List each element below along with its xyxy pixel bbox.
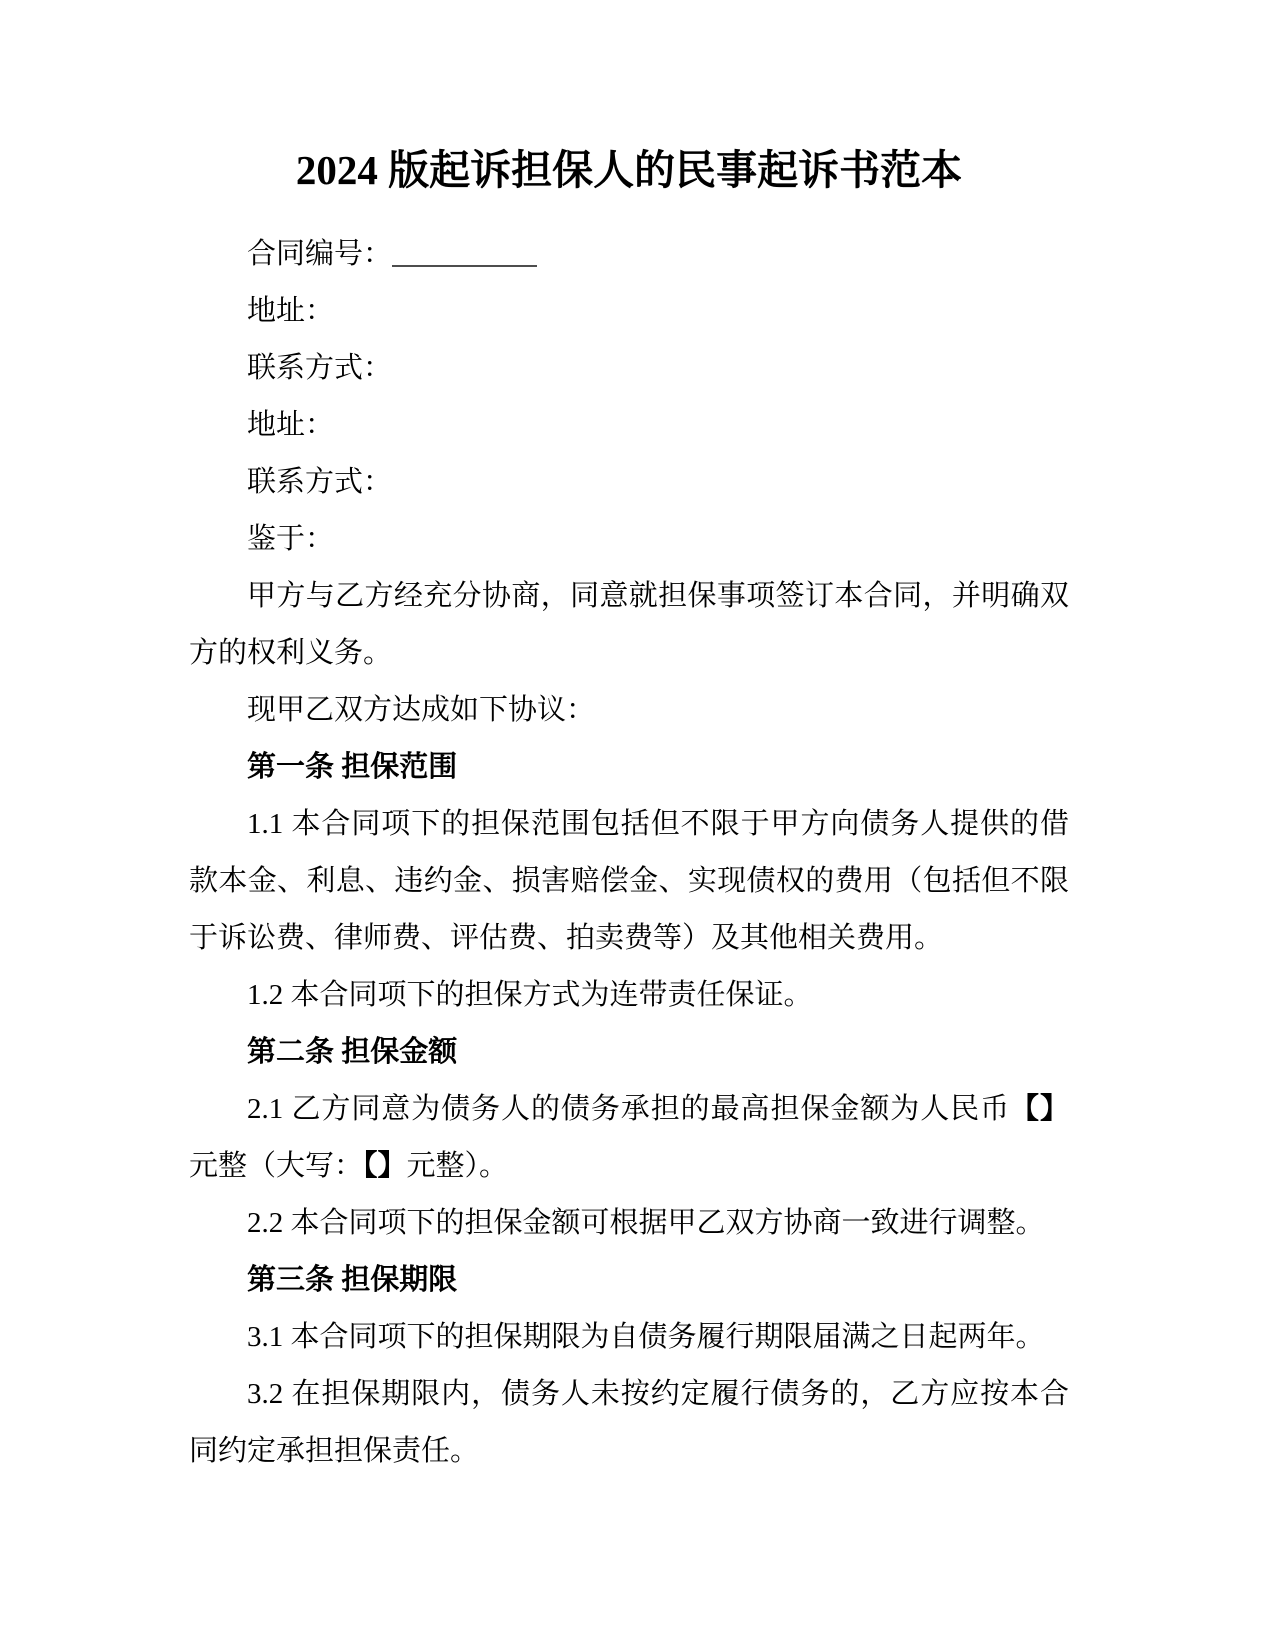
whereas-label: 鉴于：: [189, 511, 1069, 568]
text-run: 地址：: [247, 409, 334, 441]
clause-3-1: 3.1 本合同项下的担保期限为自债务履行期限届满之日起两年。: [189, 1309, 1069, 1366]
text-run: 合同编号：: [247, 238, 392, 270]
text-run: 2.2 本合同项下的担保金额可根据甲乙双方协商一致进行调整。: [247, 1207, 1045, 1239]
article-2-heading: 第二条 担保金额: [189, 1024, 1069, 1081]
text-run: 现甲乙双方达成如下协议：: [247, 694, 595, 726]
text-run: 【】: [363, 1150, 407, 1182]
text-run: 3.1 本合同项下的担保期限为自债务履行期限届满之日起两年。: [247, 1321, 1045, 1353]
article-3-heading: 第三条 担保期限: [189, 1252, 1069, 1309]
address-field-1: 地址：: [189, 283, 1069, 340]
preamble-paragraph: 甲方与乙方经充分协商，同意就担保事项签订本合同，并明确双方的权利义务。: [189, 568, 1069, 682]
document-page: 2024 版起诉担保人的民事起诉书范本 合同编号：地址：联系方式：地址：联系方式…: [0, 0, 1275, 1650]
clause-1-1: 1.1 本合同项下的担保范围包括但不限于甲方向债务人提供的借款本金、利息、违约金…: [189, 796, 1069, 967]
text-run: 甲方与乙方经充分协商，同意就担保事项签订本合同，并明确双方的权利义务。: [189, 580, 1069, 669]
contract-number-field: 合同编号：: [189, 226, 1069, 283]
article-1-heading: 第一条 担保范围: [189, 739, 1069, 796]
text-run: 联系方式：: [247, 352, 392, 384]
text-run: 地址：: [247, 295, 334, 327]
clause-1-2: 1.2 本合同项下的担保方式为连带责任保证。: [189, 967, 1069, 1024]
text-run: 1.1 本合同项下的担保范围包括但不限于甲方向债务人提供的借款本金、利息、违约金…: [189, 808, 1069, 954]
address-field-2: 地址：: [189, 397, 1069, 454]
clause-2-2: 2.2 本合同项下的担保金额可根据甲乙双方协商一致进行调整。: [189, 1195, 1069, 1252]
text-run: 联系方式：: [247, 466, 392, 498]
text-run: 鉴于：: [247, 523, 334, 555]
clause-3-2: 3.2 在担保期限内，债务人未按约定履行债务的，乙方应按本合同约定承担担保责任。: [189, 1366, 1069, 1480]
text-run: 【】: [1010, 1093, 1069, 1125]
clause-2-1: 2.1 乙方同意为债务人的债务承担的最高担保金额为人民币【】元整（大写：【】元整…: [189, 1081, 1069, 1195]
text-run: 2.1 乙方同意为债务人的债务承担的最高担保金额为人民币: [247, 1093, 1010, 1125]
contact-field-1: 联系方式：: [189, 340, 1069, 397]
text-run: 第三条 担保期限: [247, 1264, 457, 1296]
text-run: 3.2 在担保期限内，债务人未按约定履行债务的，乙方应按本合同约定承担担保责任。: [189, 1378, 1069, 1467]
blank-underline: [392, 236, 537, 267]
contact-field-2: 联系方式：: [189, 454, 1069, 511]
text-run: 第二条 担保金额: [247, 1036, 457, 1068]
text-run: 第一条 担保范围: [247, 751, 457, 783]
document-title: 2024 版起诉担保人的民事起诉书范本: [189, 140, 1069, 200]
document-body: 合同编号：地址：联系方式：地址：联系方式：鉴于：甲方与乙方经充分协商，同意就担保…: [189, 226, 1069, 1480]
agreement-intro: 现甲乙双方达成如下协议：: [189, 682, 1069, 739]
text-run: 1.2 本合同项下的担保方式为连带责任保证。: [247, 979, 813, 1011]
text-run: 元整（大写：: [189, 1150, 363, 1182]
text-run: 元整）。: [407, 1150, 509, 1182]
